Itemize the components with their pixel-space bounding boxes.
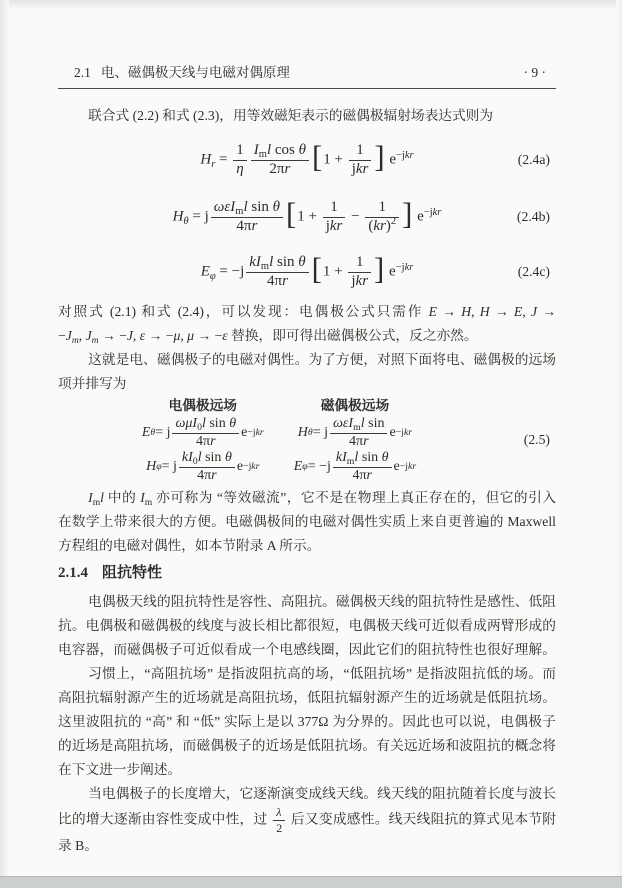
equation-number: (2.4a) [518, 148, 550, 172]
scan-edge-left [0, 0, 9, 888]
text-line: 方程组的电磁对偶性，如本节附录 A 所示。 [58, 534, 556, 558]
page-number: · 9 · [524, 64, 547, 82]
text-line: 比的增大逐渐由容性变成中性，过 λ2 后又变成感性。线天线阻抗的算式见本节附 [58, 806, 556, 834]
page-content: 2.1电、磁偶极天线与电磁对偶原理 · 9 · 联合式 (2.2) 和式 (2.… [58, 64, 556, 858]
text-line: 的近场是高阻抗场，而磁偶极子的近场是低阻抗场。有关远近场和波阻抗的概念将 [58, 734, 556, 758]
paragraph-equivalent-current: Iml 中的 Im 亦可称为 “等效磁流”，它不是在物理上真正存在的，但它的引入… [58, 486, 556, 558]
text-line: 电容器，而磁偶极子可近似看成一个电感线圈，因此它们的阻抗特性也很好理解。 [58, 638, 556, 662]
magnetic-dipole-farfield-column: 磁偶极远场 Hθ = jωεIml sin4πre−jkr Eφ = −jkIm… [294, 396, 416, 484]
equation-content: Eθ = jωμI0l sin θ4πre−jkr [142, 416, 264, 450]
text-line: 高阻抗辐射源产生的近场就是高阻抗场，低阻抗辐射源产生的近场就是低阻抗场。 [58, 686, 556, 710]
equation-number: (2.4b) [517, 205, 550, 229]
heading-title: 阻抗特性 [102, 565, 162, 581]
electric-farfield-header: 电偶极远场 [169, 396, 237, 416]
scanned-page: 2.1电、磁偶极天线与电磁对偶原理 · 9 · 联合式 (2.2) 和式 (2.… [0, 0, 622, 888]
paragraph-intro: 联合式 (2.2) 和式 (2.3)，用等效磁矩表示的磁偶极辐射场表达式则为 [58, 104, 556, 128]
equation-number: (2.4c) [518, 260, 550, 284]
text-line: 录 B。 [58, 834, 556, 858]
text-line: 联合式 (2.2) 和式 (2.3)，用等效磁矩表示的磁偶极辐射场表达式则为 [58, 104, 556, 128]
text-line: Iml 中的 Im 亦可称为 “等效磁流”，它不是在物理上真正存在的，但它的引入 [58, 486, 556, 510]
equation-2-4b: Hθ = jωεIml sin θ4πr[1 + 1jkr − 1(kr)2] … [58, 194, 556, 240]
equation-number: (2.5) [524, 428, 550, 452]
equation-content: Hθ = jωεIml sin4πre−jkr [298, 416, 412, 450]
magnetic-farfield-header: 磁偶极远场 [321, 396, 389, 416]
equation-2-4a: Hr = 1ηIml cos θ2πr[1 + 1jkr] e−jkr (2.4… [58, 137, 556, 183]
text-line: 电偶极天线的阻抗特性是容性、高阻抗。磁偶极天线的阻抗特性是感性、低阻 [58, 590, 556, 614]
paragraph-impedance-characteristics: 电偶极天线的阻抗特性是容性、高阻抗。磁偶极天线的阻抗特性是感性、低阻 抗。电偶极… [58, 590, 556, 662]
text-line: −Jm, Jm → −J, ε → −μ, μ → −ε 替换，即可得出磁偶极公… [58, 324, 556, 348]
text-line: 项并排写为 [58, 372, 556, 396]
text-line: 在下文进一步阐述。 [58, 758, 556, 782]
equation-content: Hr = 1ηIml cos θ2πr[1 + 1jkr] e−jkr [200, 143, 413, 178]
text-line: 习惯上，“高阻抗场” 是指波阻抗高的场，“低阻抗场” 是指波阻抗低的场。而 [58, 662, 556, 686]
text-line: 抗。电偶极和磁偶极的线度与波长相比都很短，电偶极天线可近似看成两臂形成的 [58, 614, 556, 638]
text-line: 对照式 (2.1) 和式 (2.4)，可以发现：电偶极公式只需作 E → H, … [58, 300, 556, 324]
paragraph-duality-substitution: 对照式 (2.1) 和式 (2.4)，可以发现：电偶极公式只需作 E → H, … [58, 300, 556, 348]
scan-edge-top [0, 0, 622, 10]
text-line: 这里波阻抗的 “高” 和 “低” 实际上是以 377Ω 为分界的。因此也可以说，… [58, 710, 556, 734]
equation-2-4c: Eφ = −jkIml sin θ4πr[1 + 1jkr] e−jkr (2.… [58, 249, 556, 295]
equation-content: Hθ = jωεIml sin θ4πr[1 + 1jkr − 1(kr)2] … [173, 200, 442, 235]
section-number: 2.1 [74, 65, 91, 80]
paragraph-high-low-impedance-fields: 习惯上，“高阻抗场” 是指波阻抗高的场，“低阻抗场” 是指波阻抗低的场。而 高阻… [58, 662, 556, 782]
text-line: 这就是电、磁偶极子的电磁对偶性。为了方便，对照下面将电、磁偶极的远场 [58, 348, 556, 372]
text-line: 在数学上带来很大的方便。电磁偶极间的电磁对偶性实质上来自更普遍的 Maxwell [58, 510, 556, 534]
electric-dipole-farfield-column: 电偶极远场 Eθ = jωμI0l sin θ4πre−jkr Hφ = jkI… [142, 396, 264, 484]
scan-edge-right [616, 0, 622, 888]
equation-content: Eφ = −jkIml sin θ4πre−jkr [294, 450, 416, 484]
equation-content: Hφ = jkI0l sin θ4πre−jkr [146, 450, 259, 484]
page-header: 2.1电、磁偶极天线与电磁对偶原理 · 9 · [58, 64, 556, 89]
equation-2-5: 电偶极远场 Eθ = jωμI0l sin θ4πre−jkr Hφ = jkI… [58, 396, 556, 484]
scan-bottom-band [0, 876, 622, 888]
equation-content: Eφ = −jkIml sin θ4πr[1 + 1jkr] e−jkr [201, 255, 414, 290]
section-heading-2-1-4: 2.1.4阻抗特性 [58, 561, 556, 585]
paragraph-duality-intro: 这就是电、磁偶极子的电磁对偶性。为了方便，对照下面将电、磁偶极的远场 项并排写为 [58, 348, 556, 396]
text-line: 当电偶极子的长度增大，它逐渐演变成线天线。线天线的阻抗随着长度与波长 [58, 782, 556, 806]
paragraph-wire-antenna: 当电偶极子的长度增大，它逐渐演变成线天线。线天线的阻抗随着长度与波长 比的增大逐… [58, 782, 556, 858]
heading-number: 2.1.4 [58, 565, 88, 581]
running-head: 2.1电、磁偶极天线与电磁对偶原理 [74, 64, 290, 82]
section-title: 电、磁偶极天线与电磁对偶原理 [101, 65, 290, 80]
